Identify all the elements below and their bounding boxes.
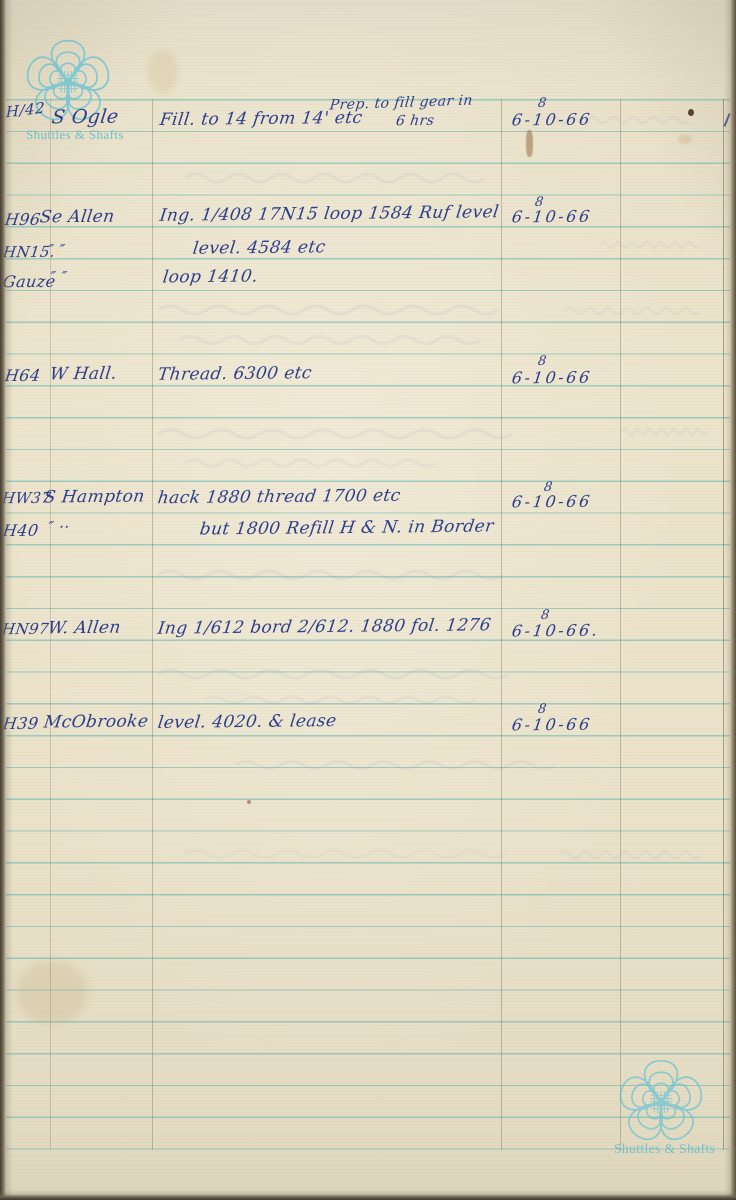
entry1-note-line2: 6 hrs: [395, 113, 435, 129]
entry8-desc: Ing 1/612 bord 2/612. 1880 fol. 1276: [156, 615, 492, 638]
entry7-desc: but 1800 Refill H & N. in Border: [198, 516, 495, 539]
ledger-page: Shuttles & Shafts Shuttles & Shafts H/42…: [0, 0, 736, 1200]
entry3-ditto: ″ ″: [47, 241, 67, 259]
page-right-edge: [724, 0, 736, 1200]
entry8-name: W. Allen: [47, 618, 122, 639]
entry5-name: W Hall.: [49, 364, 119, 385]
shuttles-shafts-logo-icon: [619, 1060, 703, 1144]
entry5-desc: Thread. 6300 etc: [157, 363, 314, 385]
entry9-date: 6-10-66: [511, 715, 594, 735]
entry6-name: S Hampton: [43, 486, 146, 507]
entry4-ditto: ″ ″: [49, 268, 69, 286]
entry7-ditto: ″ ··: [47, 518, 71, 536]
entry8-date: 6-10-66.: [511, 621, 601, 641]
entry2-date: 6-10-66: [511, 207, 594, 227]
entry2-name: Se Allen: [39, 207, 116, 228]
brand-text-bottom: Shuttles & Shafts: [614, 1141, 715, 1157]
entry5-date: 6-10-66: [511, 368, 594, 388]
page-bottom-edge: [0, 1190, 736, 1200]
entry3-desc: level. 4584 etc: [192, 237, 327, 258]
entry6-date: 6-10-66: [511, 492, 594, 512]
entry2-desc: Ing. 1/408 17N15 loop 1584 Ruf level: [158, 202, 500, 226]
entry4-desc: loop 1410.: [162, 267, 260, 288]
entry6-desc: hack 1880 thread 1700 etc: [157, 486, 402, 509]
page-left-edge: [0, 0, 13, 1200]
entry1-date: 6-10-66: [511, 110, 594, 130]
entry1-name: S Ogle: [51, 106, 120, 129]
column-divider-3: [501, 99, 502, 1150]
brand-text-top: Shuttles & Shafts: [26, 127, 124, 143]
entry9-name: McObrooke: [43, 711, 150, 732]
paper-stain: [148, 50, 178, 94]
column-divider-4: [620, 99, 621, 1150]
entry9-desc: level. 4020. & lease: [157, 711, 338, 733]
column-divider-2: [152, 99, 153, 1150]
